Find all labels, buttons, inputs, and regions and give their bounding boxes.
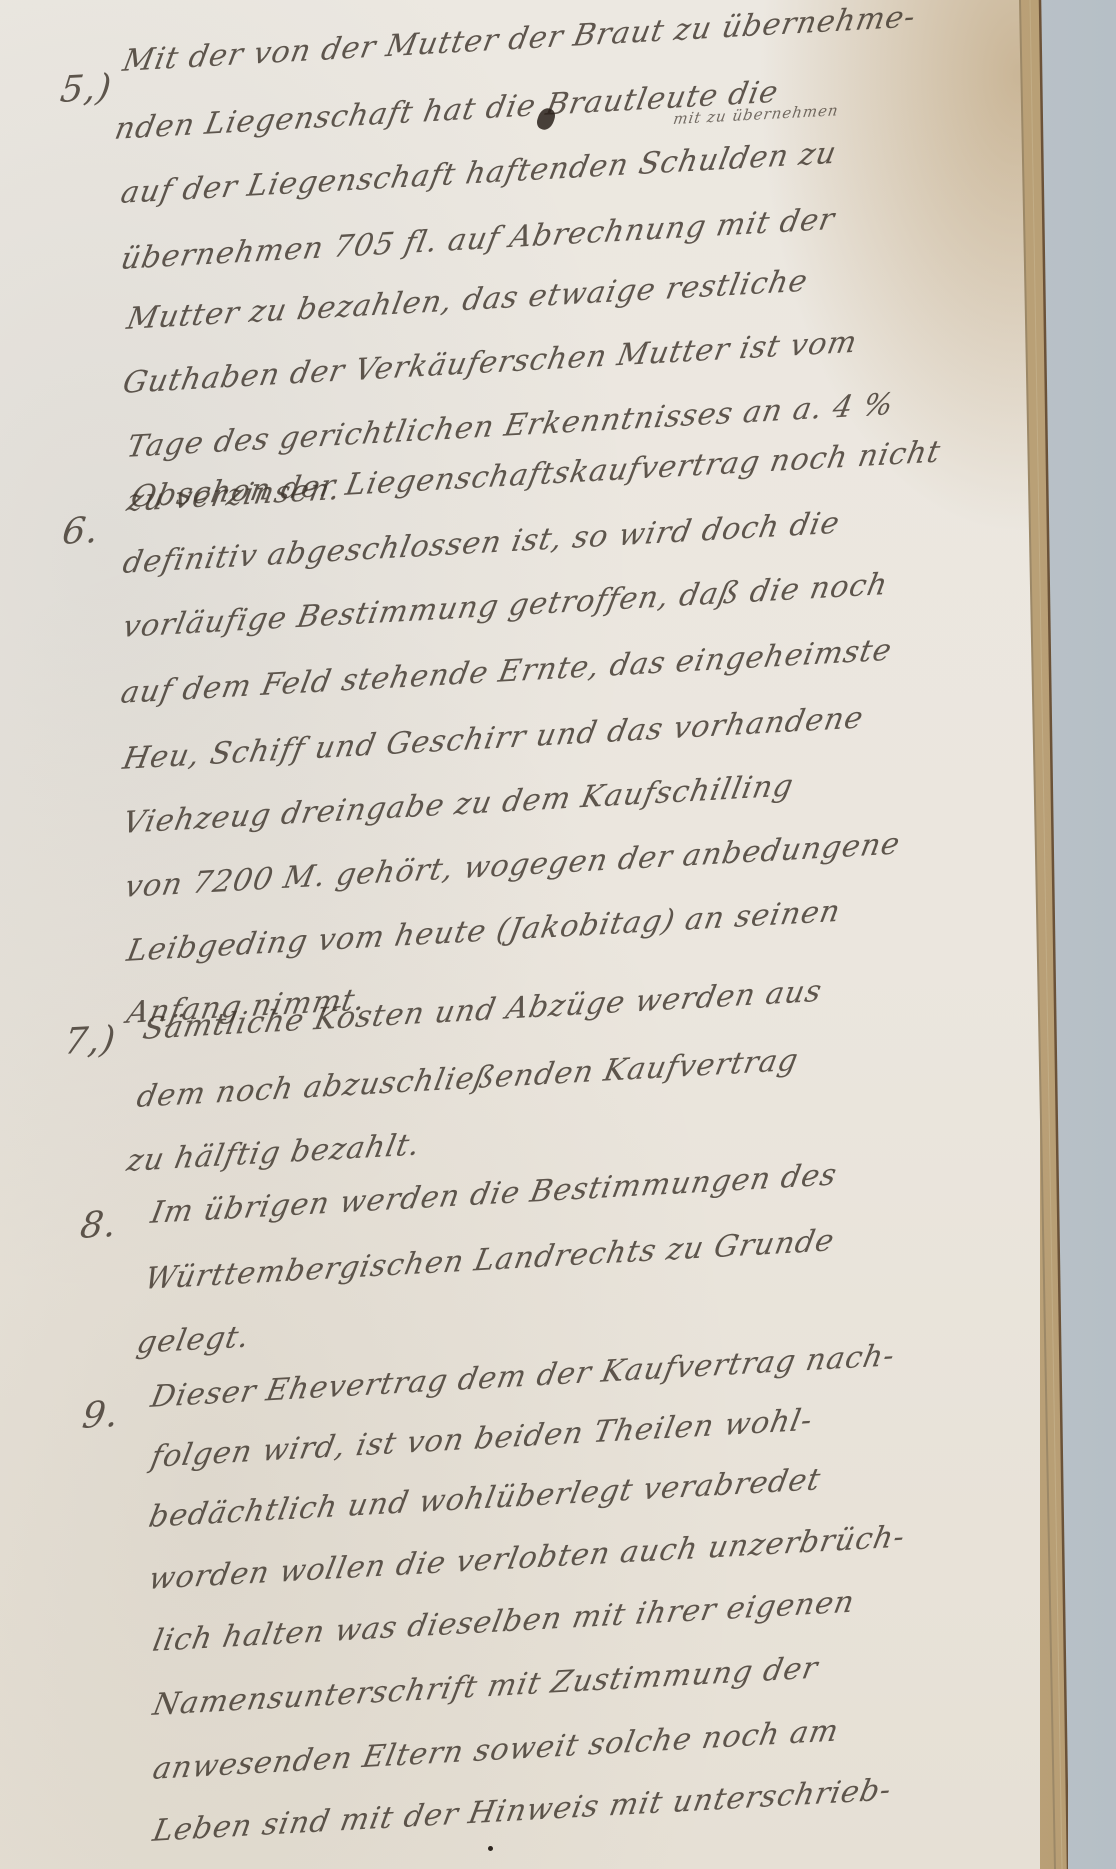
text-line: anwesenden Eltern soweit solche noch am [150,1713,842,1787]
text-line: auf dem Feld stehende Ernte, das eingehe… [118,632,895,711]
photo-scene: 5,) Mit der von der Mutter der Braut zu … [0,0,1116,1869]
text-line: Sämtliche Kosten und Abzüge werden aus [140,974,825,1047]
text-line: auf der Liegenschaft haftenden Schulden … [118,136,840,211]
text-line: gelegt. [134,1319,253,1361]
text-line: Mutter zu bezahlen, das etwaige restlich… [124,264,811,337]
text-line: definitiv abgeschlossen ist, so wird doc… [120,506,843,581]
text-line: Mit der von der Mutter der Braut zu über… [120,0,919,79]
text-line: Leben sind mit der Hinweis mit unterschr… [150,1772,895,1849]
text-line: nden Liegenschaft hat die Brautleute die [112,75,782,147]
text-line: übernehmen 705 fl. auf Abrechnung mit de… [118,202,838,277]
text-line: worden wollen die verlobten auch unzerbr… [146,1519,908,1597]
text-line: lich halten was dieselben mit ihrer eige… [150,1584,858,1659]
text-line: Guthaben der Verkäuferschen Mutter ist v… [120,325,860,401]
text-line: Leibgeding vom heute (Jakobitag) an sein… [124,894,844,969]
text-line: dem noch abzuschließenden Kaufvertrag [134,1043,802,1115]
text-line: vorläufige Bestimmung getroffen, daß die… [120,567,891,645]
text-line: bedächtlich und wohlüberlegt verabredet [146,1462,824,1535]
text-line: Heu, Schiff und Geschirr und das vorhand… [120,700,867,777]
text-line: von 7200 M. gehört, wogegen der anbedung… [122,826,903,905]
text-line: Viehzeug dreingabe zu dem Kaufschilling [120,768,797,841]
text-line: Namensunterschrift mit Zustimmung der [150,1650,821,1723]
clause-number: 8. [78,1204,119,1247]
clause-number: 7,) [62,1019,118,1063]
clause-number: 5,) [58,67,114,111]
clause-number: 6. [60,510,101,553]
text-line: Württembergischen Landrechts zu Grunde [142,1223,838,1297]
text-line: zu hälftig bezahlt. [124,1127,423,1179]
ink-dot [488,1846,493,1851]
text-line: folgen wird, ist von beiden Theilen wohl… [148,1403,816,1475]
manuscript-page: 5,) Mit der von der Mutter der Braut zu … [0,0,1040,1869]
clause-number: 9. [80,1394,121,1437]
